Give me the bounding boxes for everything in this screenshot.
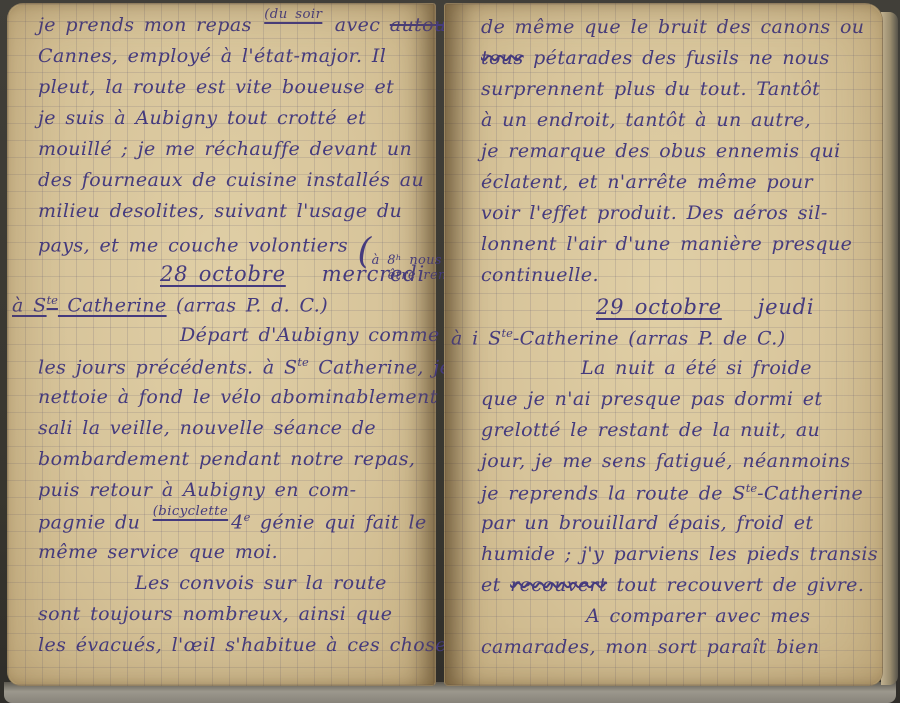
handwriting-segment: te	[502, 326, 513, 340]
inserted-correction-bicyclette: (bicyclette	[153, 504, 228, 519]
handwriting-line: lonnent l'air d'une manière presque	[481, 233, 874, 264]
handwriting-segment: Les convois sur la route	[135, 572, 387, 594]
handwriting-line: je suis à Aubigny tout crotté et	[38, 107, 427, 138]
handwriting-segment: bombardement pendant notre repas,	[38, 448, 415, 470]
handwriting-segment: continuelle.	[481, 264, 599, 286]
handwriting-segment: éclatent, et n'arrête même pour	[481, 171, 813, 193]
handwriting-segment: à S	[12, 294, 47, 316]
inserted-correction-du-soir: (du soir	[264, 7, 322, 22]
location-heading: à Ste Catherine (arras P. d. C.)	[12, 293, 427, 324]
handwriting-segment: les jours précédents. à S	[38, 356, 297, 378]
handwriting-line: grelotté le restant de la nuit, au	[481, 419, 874, 450]
handwriting-line: nettoie à fond le vélo abominablement	[38, 386, 427, 417]
handwriting-segment: les évacués, l'œil s'habitue à ces chose…	[38, 634, 464, 656]
handwriting-line: éclatent, et n'arrête même pour	[481, 171, 874, 202]
handwriting-segment: grelotté le restant de la nuit, au	[481, 419, 820, 441]
handwriting-segment: pays, et me couche volontiers	[38, 234, 358, 256]
left-page-handwriting: je prends mon repas (du soir avec autour…	[38, 14, 427, 677]
handwriting-segment: pétarades des fusils ne nous	[524, 47, 830, 69]
handwriting-line: je prends mon repas (du soir avec autour…	[38, 14, 427, 45]
handwriting-line: même service que moi.	[38, 541, 427, 572]
handwriting-line: sont toujours nombreux, ainsi que	[38, 603, 427, 634]
handwriting-segment: sont toujours nombreux, ainsi que	[38, 603, 392, 625]
handwriting-segment: de même que le bruit des canons ou	[481, 16, 864, 38]
handwriting-segment: jour, je me sens fatigué, néanmoins	[481, 450, 851, 472]
handwriting-segment: Départ d'Aubigny comme	[180, 324, 440, 346]
handwriting-segment: camarades, mon sort paraît bien	[481, 636, 819, 658]
handwriting-segment: nettoie à fond le vélo abominablement	[38, 386, 438, 408]
handwriting-segment: puis retour à Aubigny en com-	[38, 479, 356, 501]
handwriting-segment: voir l'effet produit. Des aéros sil-	[481, 202, 828, 224]
handwriting-line: milieu desolites, suivant l'usage du	[38, 200, 427, 231]
struck-word: recouvert	[510, 574, 607, 596]
handwriting-line: à un endroit, tantôt à un autre,	[481, 109, 874, 140]
handwriting-line: sali la veille, nouvelle séance de	[38, 417, 427, 448]
handwriting-segment: par un brouillard épais, froid et	[481, 512, 813, 534]
handwriting-segment: je remarque des obus ennemis qui	[481, 140, 841, 162]
handwriting-line: continuelle.	[481, 264, 874, 295]
handwriting-segment: 4	[231, 511, 244, 533]
handwriting-line: camarades, mon sort paraît bien	[481, 636, 874, 667]
handwriting-segment: pagnie du	[38, 511, 150, 533]
handwriting-line: humide ; j'y parviens les pieds transis	[481, 543, 874, 574]
handwriting-segment: Cannes, employé à l'état-major. Il	[38, 45, 386, 67]
handwriting-line: pagnie du (bicyclette4e génie qui fait l…	[38, 510, 427, 541]
handwriting-segment: La nuit a été si froide	[581, 357, 812, 379]
handwriting-line: Les convois sur la route	[135, 572, 427, 603]
handwriting-segment: mouillé ; je me réchauffe devant un	[38, 138, 412, 160]
handwriting-line: de même que le bruit des canons ou	[481, 16, 874, 47]
handwriting-line: tous pétarades des fusils ne nous	[481, 47, 874, 78]
handwriting-line: et recouvert tout recouvert de givre.	[481, 574, 874, 605]
handwriting-line: jour, je me sens fatigué, néanmoins	[481, 450, 874, 481]
handwriting-line: bombardement pendant notre repas,	[38, 448, 427, 479]
handwriting-line: La nuit a été si froide	[581, 357, 874, 388]
weekday-text: mercredi	[322, 262, 425, 286]
handwriting-segment: (arras P. d. C.)	[167, 294, 328, 316]
date-heading-28-octobre: 28 octobremercredi	[160, 262, 427, 293]
handwriting-line: Cannes, employé à l'état-major. Il	[38, 45, 427, 76]
handwriting-line: surprennent plus du tout. Tantôt	[481, 78, 874, 109]
date-text: 29 octobre	[596, 295, 722, 319]
handwriting-line: Départ d'Aubigny comme	[180, 324, 427, 355]
handwriting-segment: pleut, la route est vite boueuse et	[38, 76, 394, 98]
handwriting-segment: avec	[325, 14, 389, 36]
handwriting-segment: te	[746, 481, 757, 495]
handwriting-line: voir l'effet produit. Des aéros sil-	[481, 202, 874, 233]
handwriting-segment: te	[297, 355, 308, 369]
left-page: je prends mon repas (du soir avec autour…	[7, 3, 436, 686]
handwriting-line: je remarque des obus ennemis qui	[481, 140, 874, 171]
handwriting-segment: te	[47, 293, 58, 307]
handwriting-segment: à i S	[451, 327, 502, 349]
date-text: 28 octobre	[160, 262, 286, 286]
handwriting-segment: je suis à Aubigny tout crotté et	[38, 107, 366, 129]
struck-word: tous	[481, 47, 524, 69]
right-page-handwriting: de même que le bruit des canons outous p…	[481, 16, 874, 677]
handwriting-line: mouillé ; je me réchauffe devant un	[38, 138, 427, 169]
handwriting-segment: -Catherine (arras P. de C.)	[513, 327, 786, 349]
handwriting-line: les évacués, l'œil s'habitue à ces chose…	[38, 634, 427, 665]
handwriting-line: puis retour à Aubigny en com-	[38, 479, 427, 510]
handwriting-segment: sali la veille, nouvelle séance de	[38, 417, 376, 439]
handwriting-line: les jours précédents. à Ste Catherine, j…	[38, 355, 427, 386]
handwriting-line: je reprends la route de Ste-Catherine	[481, 481, 874, 512]
handwriting-line: pleut, la route est vite boueuse et	[38, 76, 427, 107]
handwriting-segment: des fourneaux de cuisine installés au	[38, 169, 424, 191]
handwriting-segment: humide ; j'y parviens les pieds transis	[481, 543, 878, 565]
handwriting-line: A comparer avec mes	[586, 605, 874, 636]
handwriting-line: que je n'ai presque pas dormi et	[481, 388, 874, 419]
handwriting-line: des fourneaux de cuisine installés au	[38, 169, 427, 200]
handwriting-segment: -Catherine	[757, 482, 863, 504]
handwriting-segment: A comparer avec mes	[586, 605, 810, 627]
handwriting-segment: Catherine, je	[309, 356, 451, 378]
weekday-text: jeudi	[758, 295, 815, 319]
handwriting-segment: génie qui fait le	[250, 511, 426, 533]
location-heading: à i Ste-Catherine (arras P. de C.)	[451, 326, 874, 357]
handwriting-segment: je prends mon repas	[38, 14, 261, 36]
handwriting-segment: je reprends la route de S	[481, 482, 746, 504]
handwriting-segment: et	[481, 574, 510, 596]
page-stack-right-edge	[881, 12, 898, 685]
handwriting-segment: surprennent plus du tout. Tantôt	[481, 78, 820, 100]
date-heading-29-octobre: 29 octobrejeudi	[596, 295, 874, 326]
right-page: de même que le bruit des canons outous p…	[444, 3, 883, 686]
notebook-photo: je prends mon repas (du soir avec autour…	[0, 0, 900, 703]
handwriting-line: pays, et me couche volontiers (à 8ʰ nous…	[38, 231, 427, 262]
handwriting-segment: même service que moi.	[38, 541, 278, 563]
handwriting-segment: Catherine	[58, 294, 167, 316]
handwriting-segment: que je n'ai presque pas dormi et	[481, 388, 822, 410]
handwriting-segment: milieu desolites, suivant l'usage du	[38, 200, 402, 222]
handwriting-segment: lonnent l'air d'une manière presque	[481, 233, 852, 255]
handwriting-line: par un brouillard épais, froid et	[481, 512, 874, 543]
handwriting-segment: tout recouvert de givre.	[607, 574, 864, 596]
handwriting-segment: à un endroit, tantôt à un autre,	[481, 109, 811, 131]
